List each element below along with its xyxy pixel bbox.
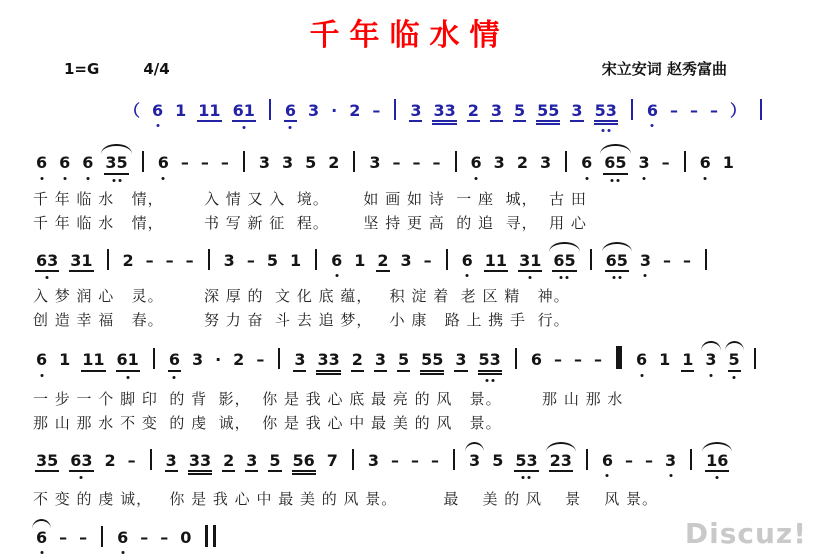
low-octave-dot: [242, 126, 245, 129]
sustain-dash: –: [553, 350, 563, 369]
note: 6: [168, 350, 181, 371]
lyric-line: 一 步 一 个 脚 印 的 背 影， 你 是 我 心 底 最 亮 的 风 景。 …: [0, 387, 819, 411]
low-octave-dot: [716, 476, 719, 479]
note: 3: [454, 350, 467, 371]
note: 6: [580, 153, 593, 172]
low-octave-dot: [112, 179, 121, 182]
note: 6: [699, 153, 712, 172]
barline: [394, 99, 396, 120]
key-signature: 1=G: [64, 60, 99, 78]
note: 3: [664, 451, 677, 470]
note: 3: [570, 101, 583, 122]
note: 3: [400, 251, 413, 270]
low-octave-dot: [704, 177, 707, 180]
time-signature: 4/4: [143, 60, 169, 78]
slur-arc: [725, 341, 744, 351]
barline: [446, 249, 448, 270]
low-octave-dot: [651, 124, 654, 127]
page-title: 千年临水情: [0, 10, 819, 54]
barline: [243, 151, 245, 172]
sustain-dash: –: [390, 451, 400, 470]
note: 3: [490, 101, 503, 122]
sustain-dash: –: [423, 251, 433, 270]
sustain-dash: –: [392, 153, 402, 172]
low-octave-dot: [86, 177, 89, 180]
note: 6: [470, 153, 483, 172]
barline: [455, 151, 457, 172]
note: 3: [493, 153, 506, 172]
low-octave-dot: [611, 179, 620, 182]
note: 53: [514, 451, 538, 472]
note: 3: [639, 251, 652, 270]
sustain-dash: –: [127, 451, 137, 470]
note: 6: [81, 153, 94, 172]
sustain-dash: –: [644, 451, 654, 470]
sustain-dash: –: [371, 101, 381, 120]
low-octave-dot: [644, 274, 647, 277]
note: 3: [307, 101, 320, 120]
low-octave-dot: [612, 276, 621, 279]
slur-arc: [549, 242, 579, 252]
note: 65: [605, 251, 629, 272]
note: 35: [104, 153, 128, 174]
note: 2: [467, 101, 480, 122]
note: 61: [116, 350, 140, 371]
barline: [278, 348, 280, 369]
note: 0: [179, 528, 192, 547]
note: 31: [69, 251, 93, 272]
sustain-dash: –: [573, 350, 583, 369]
note: 3: [367, 451, 380, 470]
note: 1: [722, 153, 735, 172]
low-octave-dot: [63, 177, 66, 180]
note: 65: [603, 153, 627, 174]
note: 11: [484, 251, 508, 272]
note: 33: [432, 101, 456, 125]
low-octave-dot: [640, 374, 643, 377]
sustain-dash: –: [669, 101, 679, 120]
note: 6: [35, 528, 48, 547]
note: 11: [197, 101, 221, 122]
barline: [269, 99, 271, 120]
note: 6: [530, 350, 543, 369]
symbol: （: [123, 101, 141, 120]
slur-arc: [702, 442, 732, 452]
low-octave-dot: [466, 274, 469, 277]
note: 6: [461, 251, 474, 270]
lyric-line: 不 变 的 虔 诚， 你 是 我 心 中 最 美 的 风 景。 最 美 的 风 …: [0, 487, 819, 511]
barline: [705, 249, 707, 270]
low-octave-dot: [485, 379, 494, 382]
low-octave-dot: [40, 177, 43, 180]
low-octave-dot: [709, 374, 712, 377]
note: 2: [516, 153, 529, 172]
note: 55: [420, 350, 444, 374]
note: 3: [704, 350, 717, 369]
music-line: （61116163·2–333235553536–––）: [0, 79, 819, 137]
low-octave-dot: [173, 376, 176, 379]
note: 3: [223, 251, 236, 270]
note: 6: [635, 350, 648, 369]
note: 2: [327, 153, 340, 172]
note: 33: [188, 451, 212, 475]
note: 1: [681, 350, 694, 371]
note: 2: [104, 451, 117, 470]
note: 11: [81, 350, 105, 371]
lyric-line: 入 梦 润 心 灵。 深 厚 的 文 化 底 蕴， 积 淀 着 老 区 精 神。: [0, 284, 819, 308]
barline: [690, 449, 692, 470]
score-body: （61116163·2–333235553536–––）666356–––335…: [0, 79, 819, 558]
low-octave-dot: [733, 376, 736, 379]
note: 6: [35, 153, 48, 172]
sustain-dash: –: [661, 153, 671, 172]
barline: [142, 151, 144, 172]
note: 5: [266, 251, 279, 270]
note: 3: [191, 350, 204, 369]
barline: [208, 249, 210, 270]
note: 55: [536, 101, 560, 125]
note: 3: [539, 153, 552, 172]
barline: [352, 449, 354, 470]
barline: [153, 348, 155, 369]
low-octave-dot: [289, 126, 292, 129]
low-octave-dot: [475, 177, 478, 180]
low-octave-dot: [669, 474, 672, 477]
note: 2: [222, 451, 235, 472]
music-line: 666356–––33523–––63236653–61: [0, 137, 819, 186]
lyric-line: 创 造 幸 福 春。 努 力 奋 斗 去 追 梦， 小 康 路 上 携 手 行。: [0, 308, 819, 332]
section-barline: [616, 346, 622, 369]
note: 3: [368, 153, 381, 172]
sustain-dash: –: [255, 350, 265, 369]
note: 61: [232, 101, 256, 122]
barline: [565, 151, 567, 172]
sustain-dash: –: [145, 251, 155, 270]
note: 23: [549, 451, 573, 472]
sustain-dash: –: [159, 528, 169, 547]
low-octave-dot: [46, 276, 49, 279]
low-octave-dot: [643, 177, 646, 180]
sustain-dash: –: [410, 451, 420, 470]
dotted-note-dot: ·: [330, 101, 338, 120]
note: 31: [518, 251, 542, 272]
lyric-line: 千 年 临 水 情， 入 情 又 入 境。 如 画 如 诗 一 座 城， 古 田: [0, 187, 819, 211]
note: 6: [330, 251, 343, 270]
slur-arc: [32, 519, 51, 529]
sustain-dash: –: [689, 101, 699, 120]
barline: [150, 449, 152, 470]
note: 7: [326, 451, 339, 470]
sustain-dash: –: [662, 251, 672, 270]
note: 1: [174, 101, 187, 120]
note: 63: [35, 251, 59, 272]
note: 63: [69, 451, 93, 472]
note: 6: [284, 101, 297, 122]
note: 2: [232, 350, 245, 369]
slur-arc: [602, 242, 632, 252]
slur-arc: [465, 442, 484, 452]
low-octave-dot: [585, 177, 588, 180]
note: 2: [351, 350, 364, 371]
note: 16: [705, 451, 729, 472]
note: 2: [376, 251, 389, 272]
note: 35: [35, 451, 59, 472]
note: 1: [353, 251, 366, 270]
note: 1: [658, 350, 671, 369]
note: 5: [268, 451, 281, 472]
note: 6: [116, 528, 129, 547]
meta-row: 1=G 4/4 宋立安词 赵秀富曲: [0, 54, 819, 79]
barline: [631, 99, 633, 120]
sustain-dash: –: [246, 251, 256, 270]
note: 6: [601, 451, 614, 470]
sustain-dash: –: [220, 153, 230, 172]
barline: [684, 151, 686, 172]
watermark: Discuz!: [685, 517, 807, 550]
sustain-dash: –: [412, 153, 422, 172]
barline: [760, 99, 762, 120]
low-octave-dot: [606, 474, 609, 477]
low-octave-dot: [529, 276, 532, 279]
sustain-dash: –: [709, 101, 719, 120]
low-octave-dot: [80, 476, 83, 479]
note: 6: [58, 153, 71, 172]
low-octave-dot: [121, 551, 124, 554]
credits: 宋立安词 赵秀富曲: [602, 58, 727, 79]
note: 5: [513, 101, 526, 122]
sustain-dash: –: [432, 153, 442, 172]
barline: [315, 249, 317, 270]
note: 3: [638, 153, 651, 172]
key-time-group: 1=G 4/4: [64, 60, 170, 78]
music-line: 61116163·2–333235553536–––61135: [0, 332, 819, 386]
sustain-dash: –: [58, 528, 68, 547]
note: 6: [35, 350, 48, 369]
note: 3: [468, 451, 481, 470]
lyric-line: 那 山 那 水 不 变 的 虔 诚， 你 是 我 心 中 最 美 的 风 景。: [0, 411, 819, 435]
symbol: ）: [729, 101, 747, 120]
note: 3: [245, 451, 258, 472]
barline: [107, 249, 109, 270]
low-octave-dot: [560, 276, 569, 279]
low-octave-dot: [162, 177, 165, 180]
note: 1: [58, 350, 71, 369]
barline: [754, 348, 756, 369]
low-octave-dot: [40, 374, 43, 377]
low-octave-dot: [156, 124, 159, 127]
final-barline: [205, 525, 216, 547]
barline: [586, 449, 588, 470]
note: 53: [478, 350, 502, 374]
sustain-dash: –: [593, 350, 603, 369]
sustain-dash: –: [139, 528, 149, 547]
low-octave-dot: [335, 274, 338, 277]
slur-arc: [701, 341, 720, 351]
note: 56: [292, 451, 316, 475]
sustain-dash: –: [180, 153, 190, 172]
sustain-dash: –: [200, 153, 210, 172]
dotted-note-dot: ·: [214, 350, 222, 369]
note: 3: [409, 101, 422, 122]
note: 65: [552, 251, 576, 272]
barline: [353, 151, 355, 172]
note: 5: [491, 451, 504, 470]
slur-arc: [101, 144, 131, 154]
low-octave-dot: [126, 376, 129, 379]
note: 3: [258, 153, 271, 172]
sustain-dash: –: [430, 451, 440, 470]
sustain-dash: –: [78, 528, 88, 547]
barline: [453, 449, 455, 470]
barline: [101, 526, 103, 547]
note: 5: [728, 350, 741, 371]
low-octave-dot: [40, 551, 43, 554]
sustain-dash: –: [185, 251, 195, 270]
note: 2: [348, 101, 361, 120]
note: 6: [151, 101, 164, 120]
music-line: 63312–––3–516123–6113165653––: [0, 235, 819, 284]
slur-arc: [600, 144, 630, 154]
note: 3: [165, 451, 178, 472]
note: 6: [157, 153, 170, 172]
barline: [590, 249, 592, 270]
lyric-line: 千 年 临 水 情， 书 写 新 征 程。 坚 持 更 高 的 追 寻， 用 心: [0, 211, 819, 235]
note: 5: [397, 350, 410, 371]
sustain-dash: –: [165, 251, 175, 270]
music-line: 35632–3332355673–––3553236––316: [0, 435, 819, 487]
note: 3: [374, 350, 387, 371]
note: 2: [122, 251, 135, 270]
low-octave-dot: [601, 129, 610, 132]
note: 3: [281, 153, 294, 172]
note: 6: [646, 101, 659, 120]
note: 1: [289, 251, 302, 270]
note: 3: [293, 350, 306, 371]
note: 33: [316, 350, 340, 374]
note: 5: [304, 153, 317, 172]
slur-arc: [546, 442, 576, 452]
low-octave-dot: [522, 476, 531, 479]
note: 53: [594, 101, 618, 125]
sustain-dash: –: [624, 451, 634, 470]
barline: [515, 348, 517, 369]
sustain-dash: –: [682, 251, 692, 270]
